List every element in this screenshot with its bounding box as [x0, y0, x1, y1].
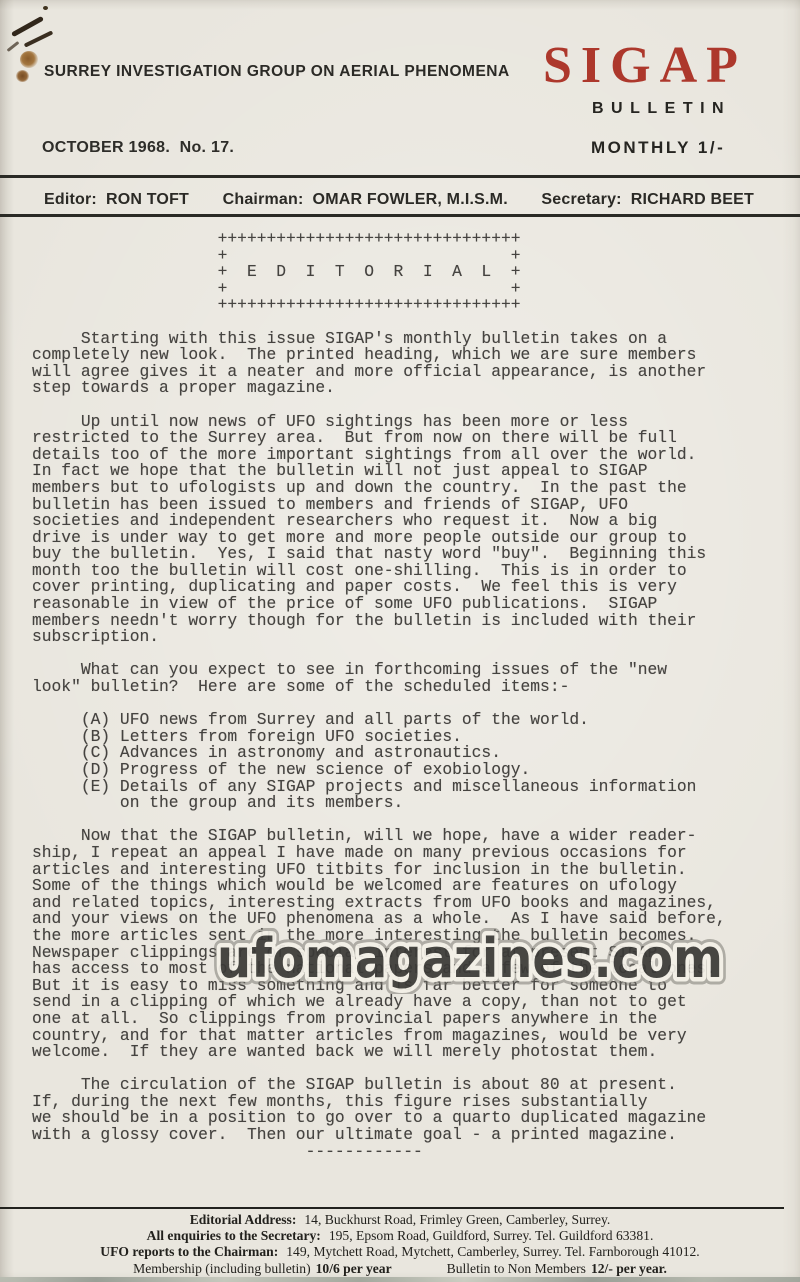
ink-mark: [7, 41, 20, 52]
scanned-bulletin-page: SURREY INVESTIGATION GROUP ON AERIAL PHE…: [0, 0, 800, 1282]
ink-speck: [43, 6, 48, 10]
secretary-credit: Secretary:RICHARD BEET: [541, 191, 754, 209]
nonmember-price: 12/- per year.: [591, 1261, 667, 1276]
membership-text: Membership (including bulletin): [133, 1261, 310, 1276]
rust-stain: [16, 70, 29, 82]
enquiries-value: 195, Epsom Road, Guildford, Surrey. Tel.…: [329, 1228, 654, 1243]
scan-edge-strip: [0, 1277, 800, 1282]
footer-block: Editorial Address:14, Buckhurst Road, Fr…: [0, 1212, 800, 1277]
editor-credit: Editor:RON TOFT: [44, 191, 189, 209]
footer-editorial-address: Editorial Address:14, Buckhurst Road, Fr…: [0, 1212, 800, 1228]
nonmember-text: Bulletin to Non Members: [447, 1261, 586, 1276]
footer-ufo-reports: UFO reports to the Chairman:149, Mytchet…: [0, 1244, 800, 1260]
organization-title: SURREY INVESTIGATION GROUP ON AERIAL PHE…: [44, 63, 510, 81]
masthead-row: Editor:RON TOFT Chairman:OMAR FOWLER, M.…: [44, 189, 754, 211]
ink-mark: [11, 16, 44, 37]
editor-label: Editor:: [44, 191, 97, 208]
editorial-address-label: Editorial Address:: [190, 1212, 297, 1227]
issue-date: OCTOBER 1968. No. 17.: [42, 139, 234, 157]
horizontal-rule: [0, 214, 800, 217]
footer-enquiries: All enquiries to the Secretary:195, Epso…: [0, 1228, 800, 1244]
chairman-credit: Chairman:OMAR FOWLER, M.I.S.M.: [223, 191, 508, 209]
editorial-body-text: +++++++++++++++++++++++++++++++ + + + E …: [32, 231, 726, 1160]
reports-label: UFO reports to the Chairman:: [100, 1244, 278, 1259]
footer-membership: Membership (including bulletin)10/6 per …: [0, 1261, 800, 1277]
chairman-name: OMAR FOWLER, M.I.S.M.: [313, 191, 508, 208]
chairman-label: Chairman:: [223, 191, 304, 208]
horizontal-rule: [0, 1207, 784, 1209]
price-line: MONTHLY 1/-: [591, 138, 725, 158]
secretary-name: RICHARD BEET: [631, 191, 754, 208]
secretary-label: Secretary:: [541, 191, 621, 208]
watermark-text: ufomagazines.com: [217, 927, 723, 990]
editor-name: RON TOFT: [106, 191, 189, 208]
reports-value: 149, Mytchett Road, Mytchett, Camberley,…: [286, 1244, 699, 1259]
membership-price: 10/6 per year: [316, 1261, 392, 1276]
rust-stain: [20, 51, 38, 68]
watermark: ufomagazines.com ufomagazines.com ufomag…: [200, 922, 740, 994]
brand-title: SIGAP: [543, 40, 747, 92]
enquiries-label: All enquiries to the Secretary:: [147, 1228, 321, 1243]
editorial-address-value: 14, Buckhurst Road, Frimley Green, Cambe…: [304, 1212, 610, 1227]
ink-mark: [24, 30, 54, 47]
publication-title: BULLETIN: [592, 100, 731, 118]
horizontal-rule: [0, 175, 800, 178]
